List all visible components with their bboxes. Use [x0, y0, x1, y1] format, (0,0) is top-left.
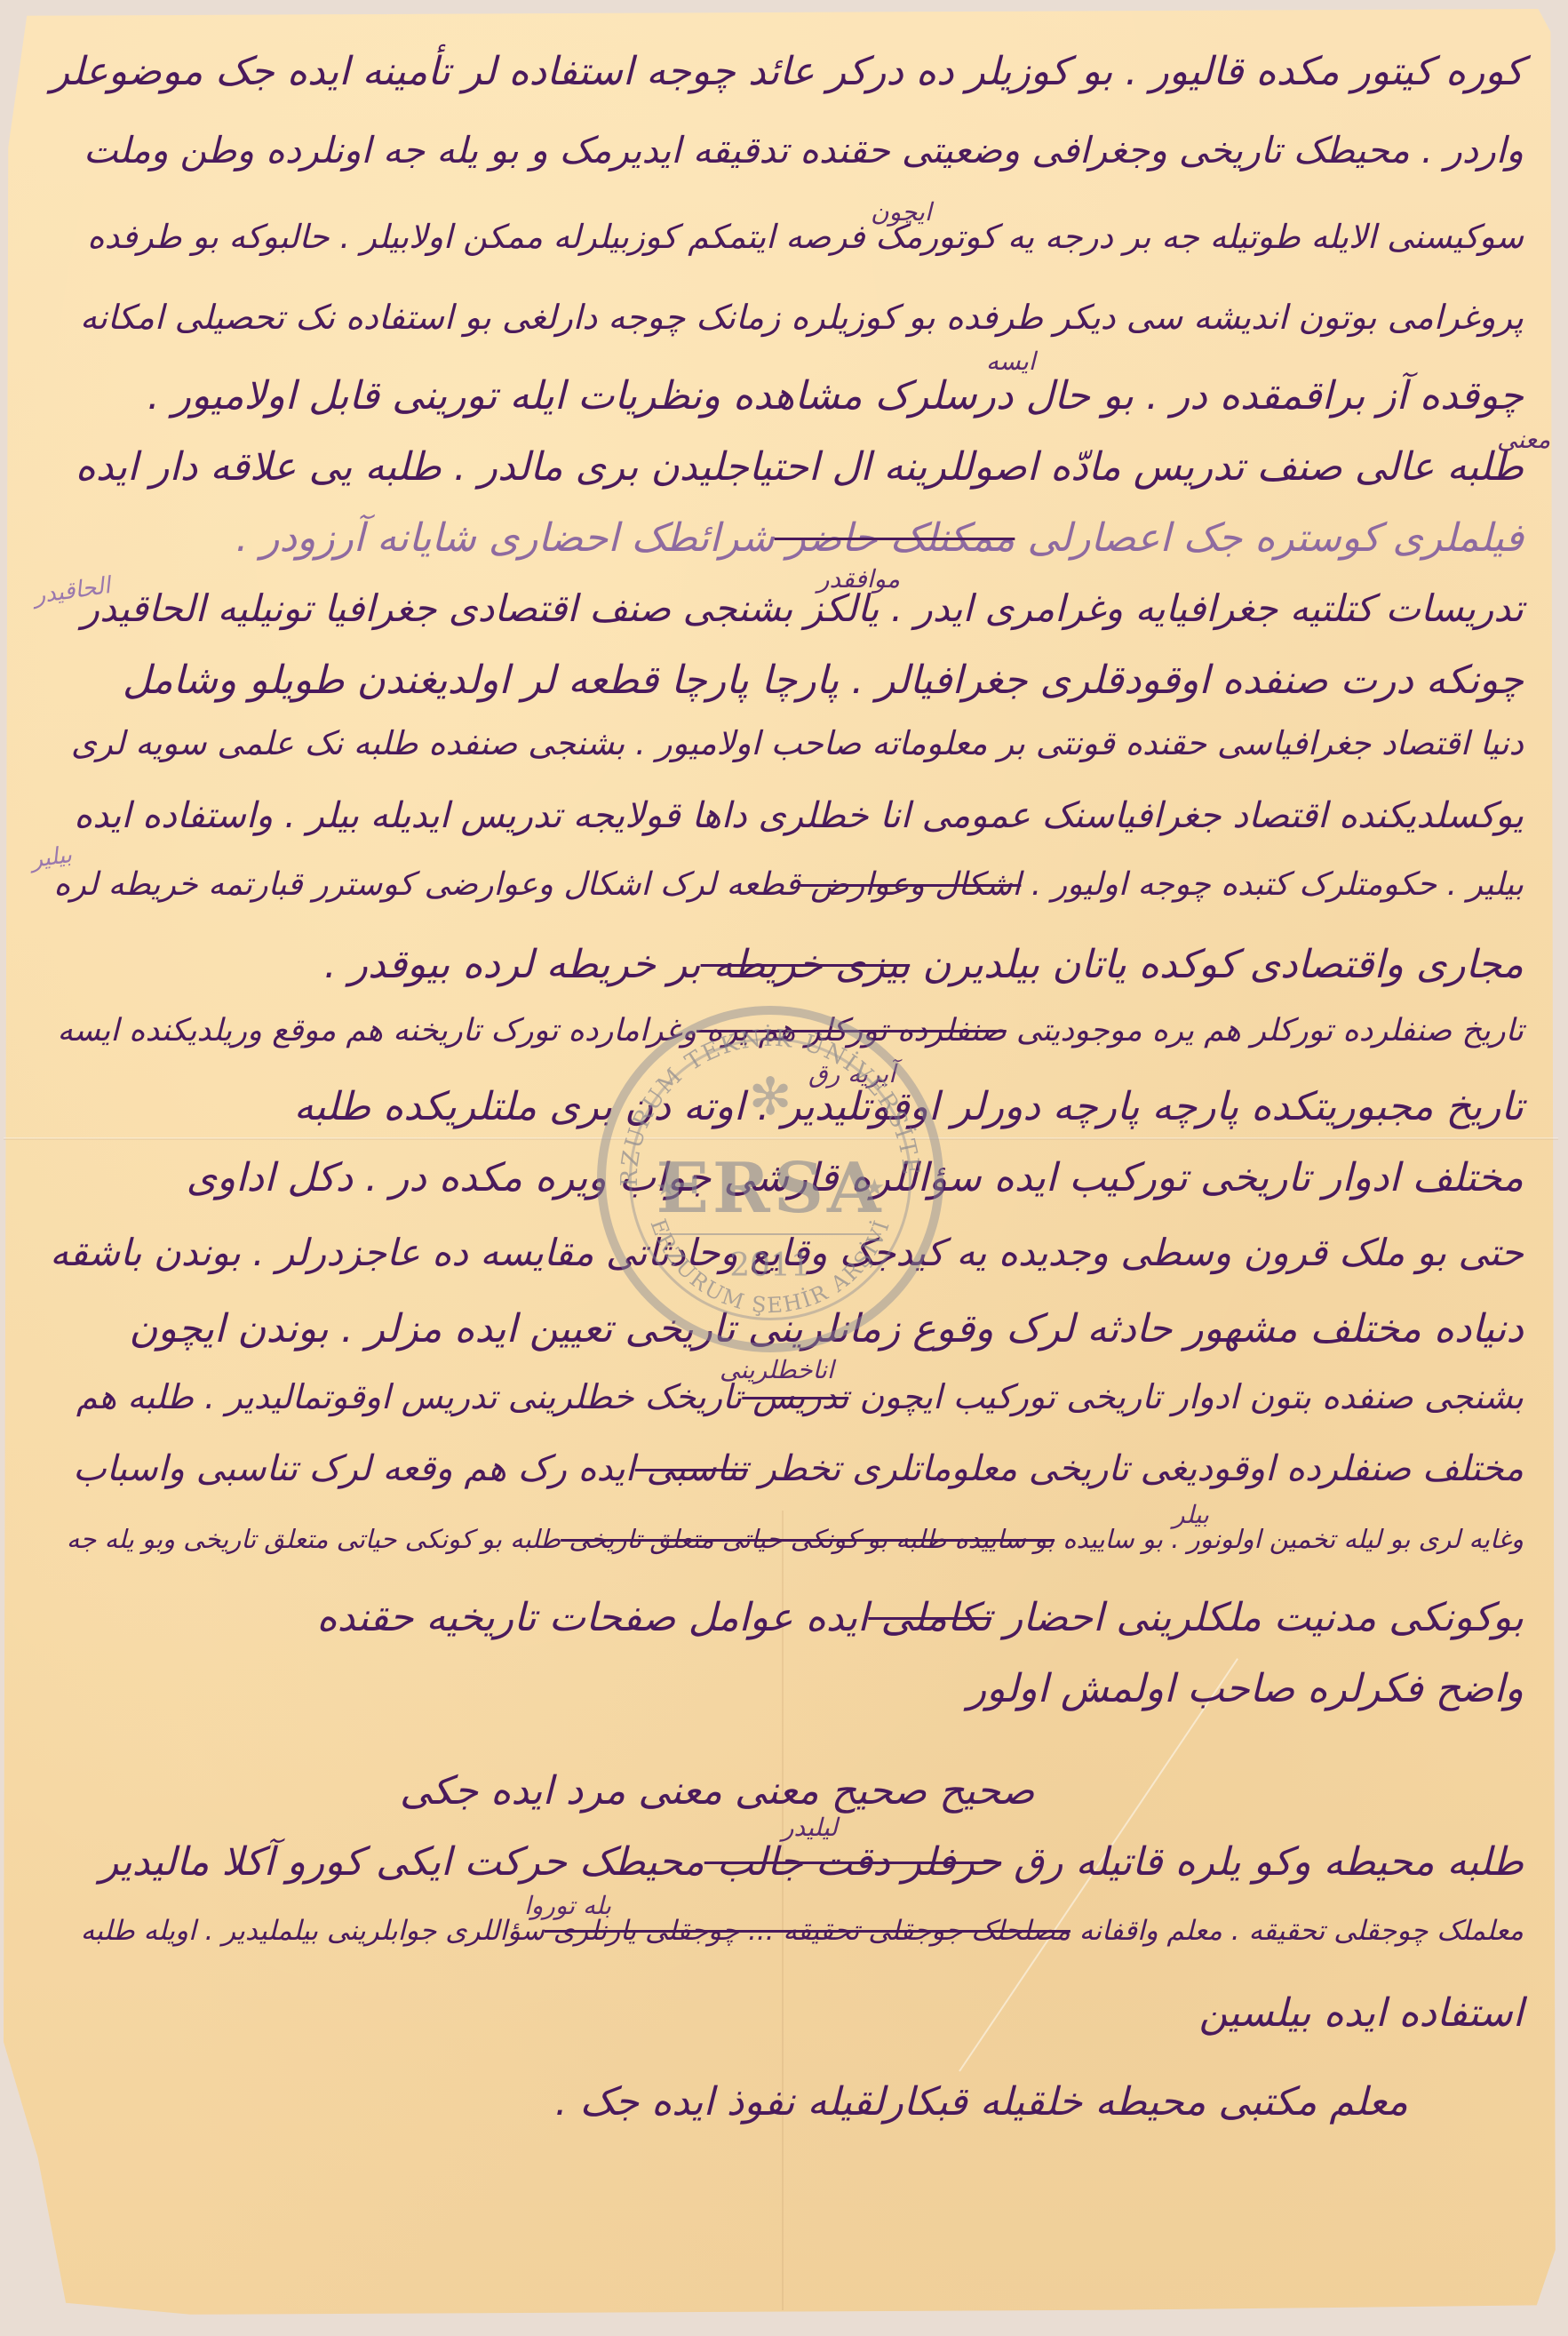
text-line: معلملک چوجقلی تحقیقه . معلم واقفانه مصلح…: [81, 1915, 1524, 1947]
struck-text: بو ساییده طلبه بو کونکی حیاتی متعلق تاری…: [561, 1524, 1055, 1554]
struck-text: مصلحلک جوجقلی تحقیقه ... چوجقلی یارنلری: [545, 1915, 1071, 1947]
interlinear-insertion: ایسه: [986, 347, 1036, 376]
text-line: چونکه درت صنفده اوقودقلری جغرافیالر . پا…: [123, 658, 1524, 703]
struck-text: حرفلر دقت جالب: [704, 1839, 1001, 1885]
text-line: بشنجی صنفده بتون ادوار تاریخی تورکیب ایچ…: [76, 1377, 1524, 1416]
interlinear-insertion: لیلیدر: [782, 1813, 838, 1842]
text-line: بیلیر . حکومتلرک کتبده چوجه اولیور . اشک…: [54, 866, 1524, 903]
text-line: وغایه لری بو لیله تخمین اولونور . بو سای…: [67, 1524, 1524, 1554]
text-line: بوکونکی مدنیت ملکلرینی احضار تکاملی ایده…: [317, 1595, 1524, 1640]
scan-background: کوره کیتور مکده قالیور . بو کوزیلر ده در…: [0, 0, 1568, 2336]
text-line: واردر . محیطک تاریخی وجغرافی وضعیتی حقند…: [84, 129, 1524, 171]
struck-text: تکاملی: [868, 1595, 991, 1640]
text-line: استفاده ایده بیلسین: [1199, 1990, 1524, 2036]
text-line: کوره کیتور مکده قالیور . بو کوزیلر ده در…: [51, 49, 1524, 94]
text-line: چوقده آز براقمقده در . بو حال درسلرک مشا…: [147, 373, 1524, 419]
text-line: واضح فکرلره صاحب اولمش اولور: [967, 1666, 1524, 1711]
stamp-center-text: ERSA: [606, 1148, 935, 1229]
text-line: دنیا اقتصاد جغرافیاسی حقنده قونتی بر معل…: [71, 724, 1524, 762]
struck-text: بیزی خریطه: [701, 942, 911, 987]
struck-text: تناسبی: [635, 1448, 748, 1489]
stamp-year: 2011: [606, 1248, 935, 1284]
struck-text: ممکنلک حاضر: [775, 515, 1015, 561]
text-line: معلم مکتبی محیطه خلقیله قبکارلقیله نفوذ …: [555, 2079, 1408, 2125]
text-line: فیلملری کوستره جک اعصارلی ممکنلک حاضر شر…: [235, 515, 1524, 561]
text-line: طلبه محیطه وکو یلره قاتیله رق حرفلر دقت …: [99, 1839, 1524, 1885]
text-line: سوکیسنی الایله طوتیله جه بر درجه یه کوتو…: [87, 218, 1524, 256]
stamp-divider: [659, 1233, 881, 1235]
text-line: صحیح صحیح معنی معنی مرد ایده جکی: [400, 1768, 1035, 1814]
snowflake-star-icon: ✻: [606, 1066, 935, 1127]
archive-stamp: ERZURUM TEKNİK ÜNİVERSİTESİ ERZURUM ŞEHİ…: [597, 1006, 943, 1352]
struck-text: تدریس: [742, 1377, 848, 1416]
text-line: مجاری واقتصادی کوکده یاتان بیلدیرن بیزی …: [324, 942, 1524, 987]
text-line: تدریسات کتلتیه جغرافیایه وغرامری ایدر . …: [82, 586, 1524, 630]
text-line: یوکسلدیکنده اقتصاد جغرافیاسنک عمومی انا …: [74, 795, 1524, 836]
struck-text: اشکال وعوارض: [800, 866, 1021, 903]
text-line: پروغرامی بوتون اندیشه سی دیکر طرفده بو ک…: [80, 298, 1524, 337]
text-line: طلبه عالی صنف تدریس مادّه اصوللرینه ال ا…: [76, 444, 1524, 490]
text-line: مختلف صنفلرده اوقودیغی تاریخی معلوماتلری…: [73, 1448, 1524, 1489]
